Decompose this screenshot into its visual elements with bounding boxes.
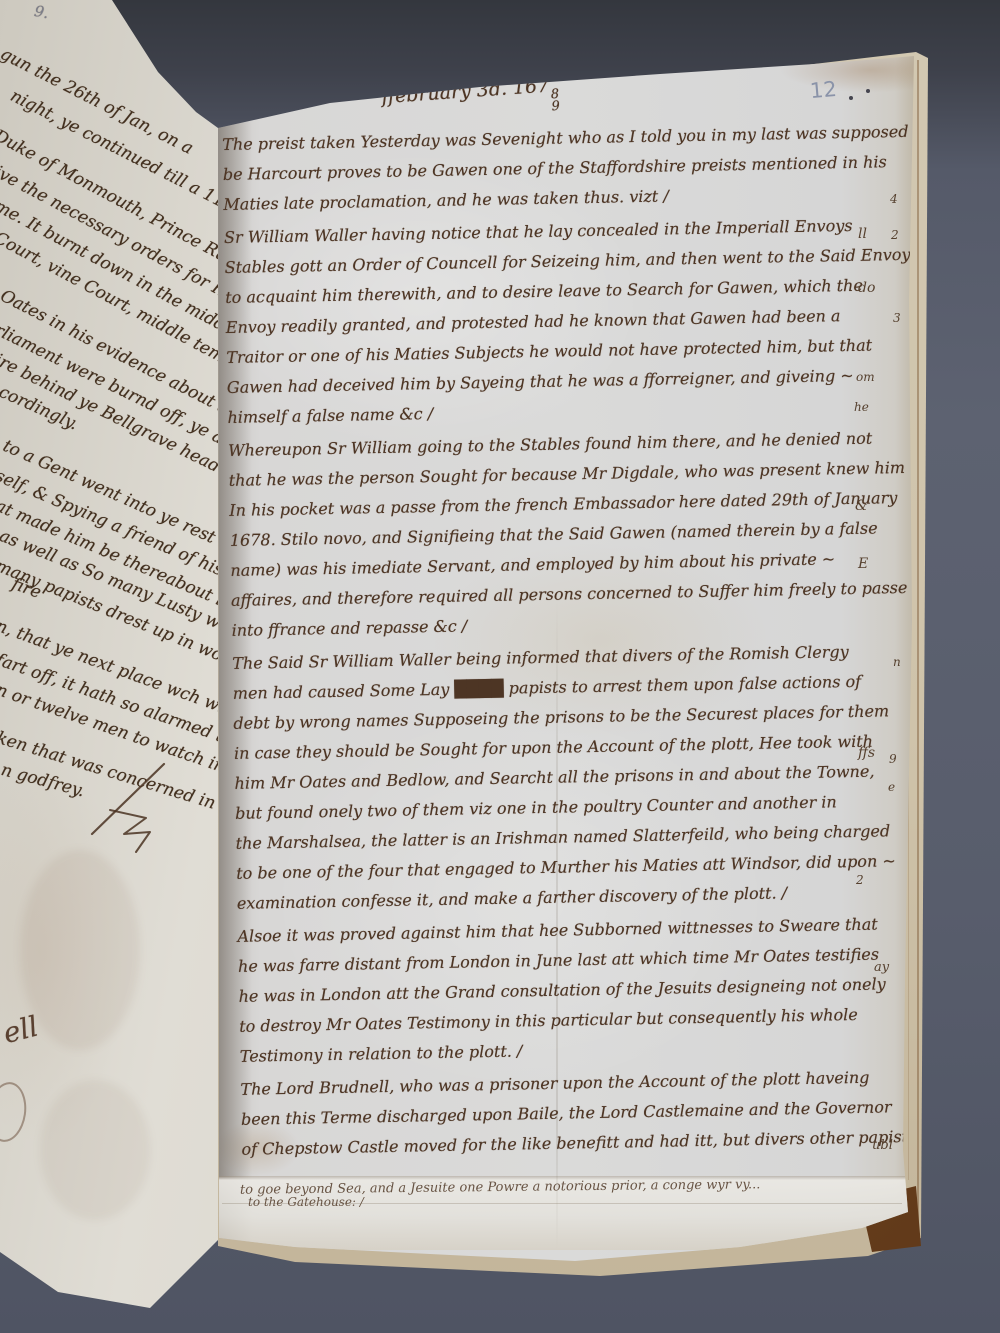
paragraph: Alsoe it was proved against him that hee… — [237, 909, 918, 1072]
edge-fragment: 4 — [890, 192, 898, 206]
date-heading: ffebruary 3d. 16789 — [381, 74, 561, 125]
paragraph: Whereupon Sr William going to the Stable… — [228, 423, 910, 646]
edge-fragment: do — [858, 280, 875, 296]
ink-loop-mark — [0, 1080, 30, 1145]
edge-fragment: 2 — [891, 228, 899, 242]
edge-fragment: 3 — [893, 311, 901, 325]
edge-fragment: E — [858, 556, 868, 572]
ink-bleedthrough — [40, 1080, 150, 1220]
left-page-number-fragment: 9. — [33, 2, 50, 22]
date-text: ffebruary 3d. 167 — [381, 75, 550, 109]
paragraph: The Lord Brudnell, who was a prisoner up… — [240, 1062, 920, 1165]
edge-fragment: ll — [858, 226, 867, 242]
edge-fragment: 2 — [856, 873, 864, 887]
year-old-new-style: 89 — [550, 89, 560, 114]
ink-dot — [866, 89, 870, 93]
edge-fragment: om — [856, 370, 875, 384]
letter-body: The preist taken Yesterday was Sevenight… — [222, 117, 920, 1168]
paragraph: The preist taken Yesterday was Sevenight… — [222, 117, 902, 220]
edge-fragment: ubl — [872, 1138, 893, 1153]
pen-flourish — [78, 760, 170, 860]
paragraph: The Said Sr William Waller being informe… — [232, 636, 915, 919]
ink-bleedthrough — [20, 850, 140, 1050]
ink-dot — [849, 96, 853, 100]
edge-fragment: n — [893, 655, 901, 669]
page-number: 12 — [809, 77, 838, 103]
edge-fragment: e — [888, 780, 895, 794]
fore-edge-line — [917, 60, 919, 1230]
edge-fragment: he — [854, 400, 869, 414]
year-bottom: 9 — [551, 101, 560, 114]
edge-fragment: 9 — [889, 752, 897, 766]
edge-fragment: & — [855, 498, 867, 514]
bottom-partial-line: to the Gatehouse: / — [248, 1195, 364, 1209]
edge-fragment: ay — [874, 960, 889, 975]
edge-fragment: ffs — [858, 745, 875, 761]
paragraph: Sr William Waller having notice that he … — [224, 210, 906, 433]
